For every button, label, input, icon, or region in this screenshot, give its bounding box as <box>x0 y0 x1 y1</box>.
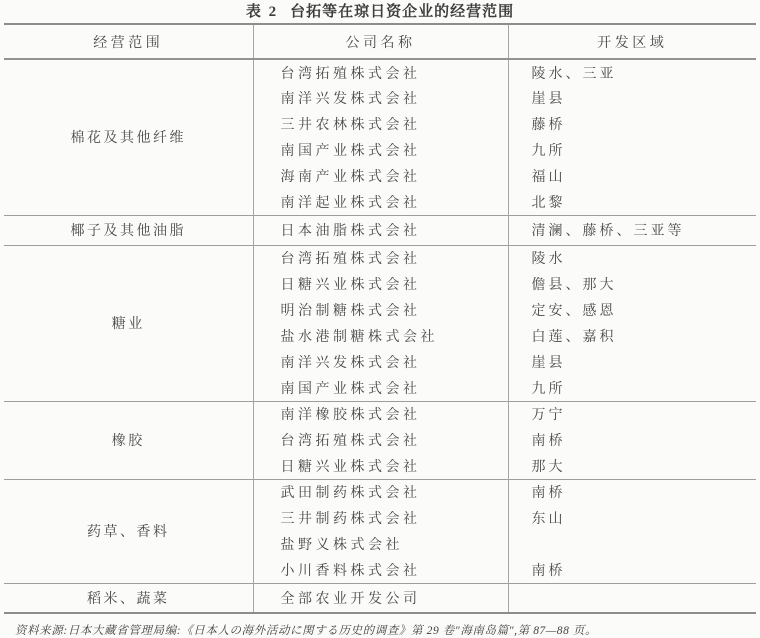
scanned-page: 表 2台拓等在琼日资企业的经营范围 经营范围 公司名称 开发区域 棉花及其他纤维… <box>0 0 760 638</box>
region-cell: 南桥 <box>508 427 756 453</box>
region-cell: 九所 <box>508 375 756 401</box>
company-cell: 小川香料株式会社 <box>253 557 508 583</box>
region-cell: 东山 <box>508 505 756 531</box>
scope-group: 棉花及其他纤维台湾拓殖株式会社陵水、三亚南洋兴发株式会社崖县三井农林株式会社藤桥… <box>4 59 756 215</box>
scope-cell: 稻米、蔬菜 <box>4 583 253 613</box>
scope-group: 稻米、蔬菜全部农业开发公司 <box>4 583 756 613</box>
company-cell: 盐水港制糖株式会社 <box>253 323 508 349</box>
table-row: 椰子及其他油脂日本油脂株式会社清澜、藤桥、三亚等 <box>4 215 756 245</box>
region-cell: 北黎 <box>508 189 756 215</box>
company-cell: 南洋起业株式会社 <box>253 189 508 215</box>
scope-cell: 糖业 <box>4 245 253 401</box>
table-row: 橡胶南洋橡胶株式会社万宁 <box>4 401 756 427</box>
header-row: 经营范围 公司名称 开发区域 <box>4 24 756 59</box>
region-cell: 清澜、藤桥、三亚等 <box>508 215 756 245</box>
region-cell: 南桥 <box>508 557 756 583</box>
table-header: 经营范围 公司名称 开发区域 <box>4 24 756 59</box>
company-cell: 南国产业株式会社 <box>253 137 508 163</box>
region-cell: 那大 <box>508 453 756 479</box>
region-cell <box>508 583 756 613</box>
region-cell: 白莲、嘉积 <box>508 323 756 349</box>
company-cell: 明治制糖株式会社 <box>253 297 508 323</box>
company-cell: 武田制药株式会社 <box>253 479 508 505</box>
company-cell: 南洋兴发株式会社 <box>253 85 508 111</box>
region-cell: 南桥 <box>508 479 756 505</box>
company-cell: 三井农林株式会社 <box>253 111 508 137</box>
table-row: 稻米、蔬菜全部农业开发公司 <box>4 583 756 613</box>
scope-group: 椰子及其他油脂日本油脂株式会社清澜、藤桥、三亚等 <box>4 215 756 245</box>
scope-group: 橡胶南洋橡胶株式会社万宁台湾拓殖株式会社南桥日糖兴业株式会社那大 <box>4 401 756 479</box>
company-cell: 三井制药株式会社 <box>253 505 508 531</box>
table-title-text: 台拓等在琼日资企业的经营范围 <box>290 4 514 20</box>
scope-group: 药草、香料武田制药株式会社南桥三井制药株式会社东山盐野义株式会社小川香料株式会社… <box>4 479 756 583</box>
table-row: 糖业台湾拓殖株式会社陵水 <box>4 245 756 271</box>
company-cell: 南国产业株式会社 <box>253 375 508 401</box>
company-cell: 日糖兴业株式会社 <box>253 453 508 479</box>
column-header-company: 公司名称 <box>253 24 508 59</box>
table-title: 表 2台拓等在琼日资企业的经营范围 <box>0 0 760 20</box>
region-cell: 九所 <box>508 137 756 163</box>
company-cell: 台湾拓殖株式会社 <box>253 427 508 453</box>
scope-cell: 椰子及其他油脂 <box>4 215 253 245</box>
region-cell: 崖县 <box>508 349 756 375</box>
region-cell <box>508 531 756 557</box>
scope-cell: 棉花及其他纤维 <box>4 59 253 215</box>
source-note: 资料来源:日本大藏省管理局编:《日本人の海外活动に関する历史的调查》第 29 卷… <box>15 624 760 638</box>
table-number: 表 2 <box>246 4 278 20</box>
scope-group: 糖业台湾拓殖株式会社陵水日糖兴业株式会社儋县、那大明治制糖株式会社定安、感恩盐水… <box>4 245 756 401</box>
company-cell: 全部农业开发公司 <box>253 583 508 613</box>
company-cell: 盐野义株式会社 <box>253 531 508 557</box>
region-cell: 藤桥 <box>508 111 756 137</box>
region-cell: 万宁 <box>508 401 756 427</box>
company-cell: 南洋兴发株式会社 <box>253 349 508 375</box>
region-cell: 陵水、三亚 <box>508 59 756 85</box>
company-cell: 日本油脂株式会社 <box>253 215 508 245</box>
company-cell: 台湾拓殖株式会社 <box>253 245 508 271</box>
business-scope-table: 经营范围 公司名称 开发区域 棉花及其他纤维台湾拓殖株式会社陵水、三亚南洋兴发株… <box>4 23 756 614</box>
table-row: 药草、香料武田制药株式会社南桥 <box>4 479 756 505</box>
region-cell: 定安、感恩 <box>508 297 756 323</box>
company-cell: 台湾拓殖株式会社 <box>253 59 508 85</box>
region-cell: 崖县 <box>508 85 756 111</box>
region-cell: 陵水 <box>508 245 756 271</box>
region-cell: 福山 <box>508 163 756 189</box>
column-header-scope: 经营范围 <box>4 24 253 59</box>
region-cell: 儋县、那大 <box>508 271 756 297</box>
scope-cell: 药草、香料 <box>4 479 253 583</box>
scope-cell: 橡胶 <box>4 401 253 479</box>
table-row: 棉花及其他纤维台湾拓殖株式会社陵水、三亚 <box>4 59 756 85</box>
company-cell: 南洋橡胶株式会社 <box>253 401 508 427</box>
column-header-region: 开发区域 <box>508 24 756 59</box>
company-cell: 日糖兴业株式会社 <box>253 271 508 297</box>
company-cell: 海南产业株式会社 <box>253 163 508 189</box>
